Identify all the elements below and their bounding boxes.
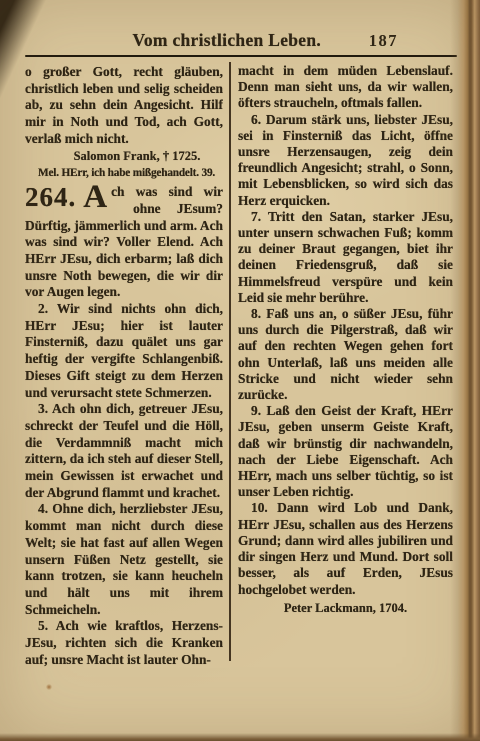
verse-8: 8. Faß uns an, o süßer JEsu, führ uns du…: [238, 306, 453, 403]
book-page-scan: Vom christlichen Leben. 187 o großer Got…: [0, 0, 480, 741]
hymn-opening-lines: ch was sind wir ohne JEsum?: [111, 183, 223, 217]
hymn-opening: 264. A ch was sind wir ohne JEsum?: [25, 183, 223, 218]
hymn-number: 264.: [25, 183, 76, 212]
author-attribution: Peter Lackmann, 1704.: [238, 599, 453, 617]
melody-line: Mel. HErr, ich habe mißgehandelt. 39.: [25, 165, 223, 182]
verse-2: 2. Wir sind nichts ohn dich, HErr JEsu; …: [25, 301, 223, 401]
column-divider: [229, 62, 231, 661]
verse-3: 3. Ach ohn dich, getreuer JEsu, schreckt…: [25, 401, 223, 501]
page-edge-right: [450, 0, 480, 741]
running-header: Vom christlichen Leben. 187: [25, 30, 455, 54]
author-attribution: Salomon Frank, † 1725.: [25, 148, 223, 165]
left-column: o großer Gott, recht gläuben, christlich…: [25, 64, 223, 689]
verse-4: 4. Ohne dich, herzliebster JEsu, kommt m…: [25, 501, 223, 618]
verse-10: 10. Dann wird Lob und Dank, HErr JEsu, s…: [238, 500, 453, 597]
paper-stain: [46, 684, 52, 690]
page-edge-bottom: [0, 733, 480, 741]
verse-9: 9. Laß den Geist der Kraft, HErr JEsu, g…: [238, 403, 453, 500]
verse-5-continuation: macht in dem müden Lebenslauf. Denn man …: [238, 63, 453, 112]
corner-shadow: [0, 0, 64, 132]
opening-line-1: ch was sind wir: [111, 183, 223, 200]
right-column: macht in dem müden Lebenslauf. Denn man …: [238, 63, 453, 688]
verse-6: 6. Darum stärk uns, liebster JEsu, sei i…: [238, 112, 453, 209]
opening-line-2: ohne JEsum?: [111, 200, 223, 217]
header-rule: [25, 55, 457, 57]
hymn-initial-dropcap: A: [83, 183, 107, 212]
section-title: Vom christlichen Leben.: [133, 30, 322, 51]
verse-7: 7. Tritt den Satan, starker JEsu, unter …: [238, 209, 453, 306]
page-number: 187: [369, 31, 398, 51]
verse-1-rest: Dürftig, jämmerlich und arm. Ach was sin…: [25, 218, 223, 302]
verse-5: 5. Ach wie kraftlos, Herzens-JEsu, richt…: [25, 618, 223, 668]
